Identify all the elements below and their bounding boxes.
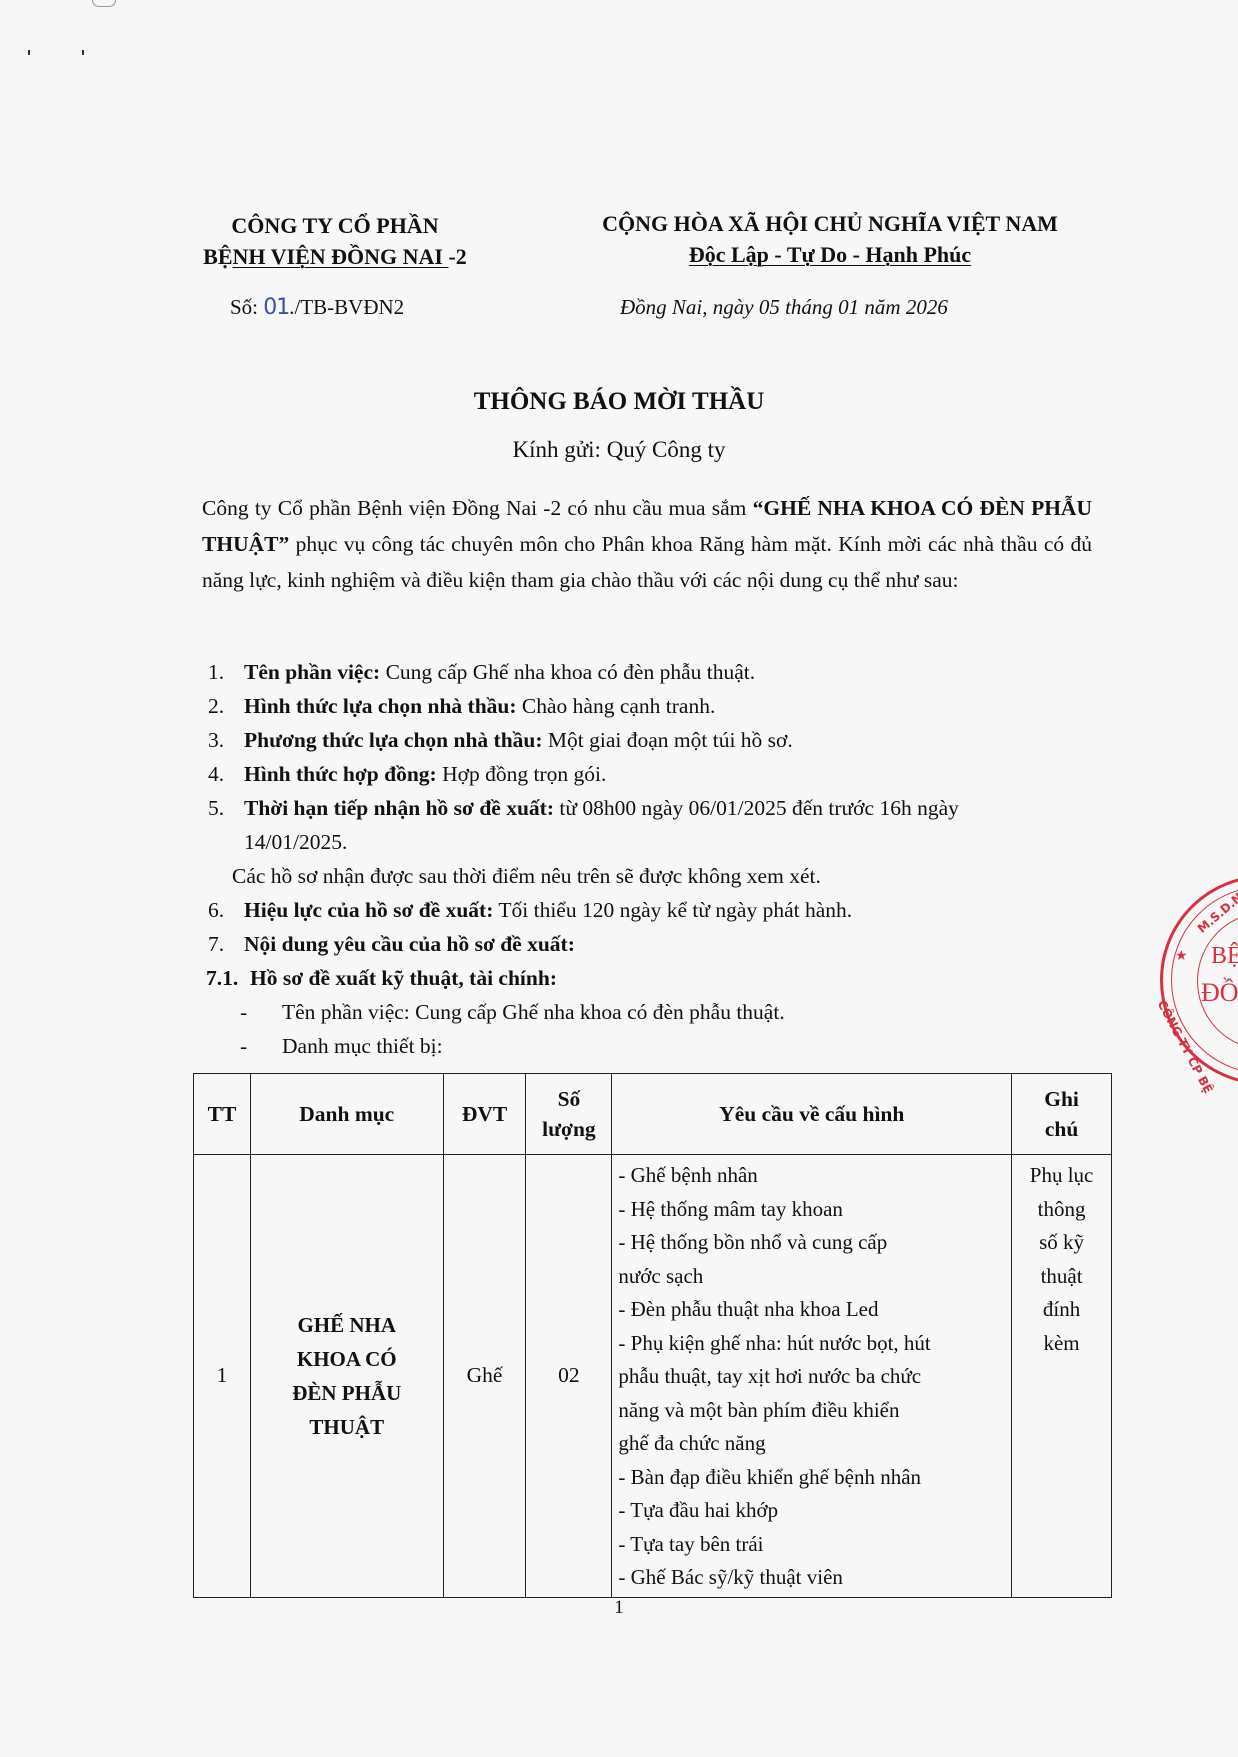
deadline-note: Các hồ sơ nhận được sau thời điểm nêu tr… (208, 859, 1108, 893)
list-value: từ 08h00 ngày 06/01/2025 đến trước 16h n… (554, 796, 959, 820)
list-label: Thời hạn tiếp nhận hồ sơ đề xuất: (244, 796, 554, 820)
note-line: kèm (1013, 1327, 1110, 1361)
issuer-line2-suffix: -2 (448, 244, 466, 269)
subsection-number: 7.1. (206, 961, 250, 995)
national-motto-block: CỘNG HÒA XÃ HỘI CHỦ NGHĨA VIỆT NAM Độc L… (555, 208, 1105, 270)
list-value: Cung cấp Ghế nha khoa có đèn phẫu thuật. (380, 660, 755, 684)
config-line: - Hệ thống mâm tay khoan (618, 1193, 1005, 1227)
list-label: Hình thức hợp đồng: (244, 762, 437, 786)
col-header-note: Ghichú (1012, 1074, 1112, 1155)
page-title: THÔNG BÁO MỜI THẦU (0, 388, 1238, 416)
country-name: CỘNG HÒA XÃ HỘI CHỦ NGHĨA VIỆT NAM (555, 208, 1105, 239)
list-number: 2. (208, 689, 244, 723)
document-number: Số: 01./TB-BVĐN2 (230, 295, 404, 320)
config-line: ghế đa chức năng (618, 1427, 1005, 1461)
cell-unit: Ghế (443, 1155, 526, 1598)
config-line: - Tựa đầu hai khớp (618, 1494, 1005, 1528)
config-line: nước sạch (618, 1260, 1005, 1294)
list-item: 5.Thời hạn tiếp nhận hồ sơ đề xuất: từ 0… (208, 791, 1108, 825)
list-label: Hình thức lựa chọn nhà thầu: (244, 694, 517, 718)
bullet-item: -Danh mục thiết bị: (208, 1029, 1108, 1063)
bullet-dash: - (240, 995, 282, 1029)
col-header-tt: TT (194, 1074, 251, 1155)
col-header-qty: Sốlượng (526, 1074, 612, 1155)
list-label: Hiệu lực của hồ sơ đề xuất: (244, 898, 493, 922)
docno-suffix: ./TB-BVĐN2 (289, 295, 404, 319)
list-item: 7.Nội dung yêu cầu của hồ sơ đề xuất: (208, 927, 1108, 961)
note-line: đính (1013, 1293, 1110, 1327)
scan-artifact (92, 0, 116, 7)
qty-header-line: lượng (530, 1114, 607, 1144)
bullet-item: -Tên phần việc: Cung cấp Ghế nha khoa có… (208, 995, 1108, 1029)
config-line: năng và một bàn phím điều khiển (618, 1394, 1005, 1428)
page-number: 1 (0, 1597, 1238, 1619)
bullet-text: Tên phần việc: Cung cấp Ghế nha khoa có … (282, 995, 785, 1029)
list-number: 6. (208, 893, 244, 927)
stamp-center-line2: ĐỒ (1201, 978, 1238, 1008)
subsection-label: Hồ sơ đề xuất kỹ thuật, tài chính: (250, 961, 557, 995)
list-number: 3. (208, 723, 244, 757)
category-line: THUẬT (252, 1410, 442, 1444)
bullet-dash: - (240, 1029, 282, 1063)
config-line: - Ghế bệnh nhân (618, 1159, 1005, 1193)
cell-tt: 1 (194, 1155, 251, 1598)
list-item: 4.Hình thức hợp đồng: Hợp đồng trọn gói. (208, 757, 1108, 791)
note-line: thông (1013, 1193, 1110, 1227)
intro-text-2: phục vụ công tác chuyên môn cho Phân kho… (202, 532, 1092, 592)
list-item: 3.Phương thức lựa chọn nhà thầu: Một gia… (208, 723, 1108, 757)
col-header-unit: ĐVT (443, 1074, 526, 1155)
category-line: GHẾ NHA (252, 1308, 442, 1342)
config-line: - Tựa tay bên trái (618, 1528, 1005, 1562)
subsection-heading: 7.1.Hồ sơ đề xuất kỹ thuật, tài chính: (206, 961, 1108, 995)
note-line: số kỹ (1013, 1226, 1110, 1260)
col-header-config: Yêu cầu về cấu hình (612, 1074, 1012, 1155)
list-continuation: 14/01/2025. (208, 825, 1108, 859)
intro-text-1: Công ty Cổ phần Bệnh viện Đồng Nai -2 có… (202, 496, 753, 520)
qty-header-line: Số (530, 1084, 607, 1114)
list-item: 6.Hiệu lực của hồ sơ đề xuất: Tối thiểu … (208, 893, 1108, 927)
issuer-line2-underlined: NH VIỆN ĐỒNG NAI (233, 244, 449, 269)
stamp-center-line1: BỆ (1211, 943, 1238, 970)
list-item: 2.Hình thức lựa chọn nhà thầu: Chào hàng… (208, 689, 1108, 723)
requirements-list: 1.Tên phần việc: Cung cấp Ghế nha khoa c… (208, 655, 1108, 1063)
list-value: Tối thiểu 120 ngày kể từ ngày phát hành. (493, 898, 852, 922)
list-value: Hợp đồng trọn gói. (437, 762, 607, 786)
col-header-category: Danh mục (250, 1074, 443, 1155)
date-line: Đồng Nai, ngày 05 tháng 01 năm 2026 (620, 295, 948, 320)
table-row: 1 GHẾ NHAKHOA CÓĐÈN PHẪUTHUẬT Ghế 02 - G… (194, 1155, 1112, 1598)
list-value: Chào hàng cạnh tranh. (517, 694, 716, 718)
config-line: phẫu thuật, tay xịt hơi nước ba chức (618, 1360, 1005, 1394)
cell-config: - Ghế bệnh nhân- Hệ thống mâm tay khoan-… (612, 1155, 1012, 1598)
list-value: Một giai đoạn một túi hồ sơ. (543, 728, 793, 752)
bullet-text: Danh mục thiết bị: (282, 1029, 443, 1063)
list-label: Tên phần việc: (244, 660, 380, 684)
cell-category: GHẾ NHAKHOA CÓĐÈN PHẪUTHUẬT (250, 1155, 443, 1598)
star-icon: ★ (1175, 948, 1188, 964)
config-line: - Hệ thống bồn nhổ và cung cấp (618, 1226, 1005, 1260)
intro-paragraph: Công ty Cổ phần Bệnh viện Đồng Nai -2 có… (202, 490, 1092, 598)
note-header-line: chú (1016, 1114, 1107, 1144)
company-stamp: M.S.D.N ★ CÔNG TY CP BỆ BỆ ĐỒ (1160, 875, 1238, 1085)
list-number: 7. (208, 927, 244, 961)
docno-handwritten: 01 (263, 295, 289, 320)
issuer-line1: CÔNG TY CỔ PHẦN (160, 210, 510, 241)
config-line: - Ghế Bác sỹ/kỹ thuật viên (618, 1561, 1005, 1595)
config-line: - Bàn đạp điều khiển ghế bệnh nhân (618, 1461, 1005, 1495)
docno-prefix: Số: (230, 295, 263, 319)
issuer-block: CÔNG TY CỔ PHẦN BỆNH VIỆN ĐỒNG NAI -2 (160, 210, 510, 272)
config-line: - Phụ kiện ghế nha: hút nước bọt, hút (618, 1327, 1005, 1361)
cell-note: Phụ lụcthôngsố kỹthuậtđínhkèm (1012, 1155, 1112, 1598)
issuer-line2-prefix: BỆ (203, 244, 232, 269)
config-line: - Đèn phẫu thuật nha khoa Led (618, 1293, 1005, 1327)
list-label: Nội dung yêu cầu của hồ sơ đề xuất: (244, 932, 575, 956)
salutation: Kính gửi: Quý Công ty (0, 437, 1238, 463)
note-line: Phụ lục (1013, 1159, 1110, 1193)
list-item: 1.Tên phần việc: Cung cấp Ghế nha khoa c… (208, 655, 1108, 689)
category-line: KHOA CÓ (252, 1342, 442, 1376)
motto: Độc Lập - Tự Do - Hạnh Phúc (689, 242, 971, 267)
cell-qty: 02 (526, 1155, 612, 1598)
list-number: 1. (208, 655, 244, 689)
table-header-row: TT Danh mục ĐVT Sốlượng Yêu cầu về cấu h… (194, 1074, 1112, 1155)
list-label: Phương thức lựa chọn nhà thầu: (244, 728, 543, 752)
note-header-line: Ghi (1016, 1084, 1107, 1114)
list-number: 5. (208, 791, 244, 825)
equipment-table: TT Danh mục ĐVT Sốlượng Yêu cầu về cấu h… (193, 1073, 1112, 1598)
list-number: 4. (208, 757, 244, 791)
note-line: thuật (1013, 1260, 1110, 1294)
issuer-line2: BỆNH VIỆN ĐỒNG NAI -2 (160, 241, 510, 272)
category-line: ĐÈN PHẪU (252, 1376, 442, 1410)
